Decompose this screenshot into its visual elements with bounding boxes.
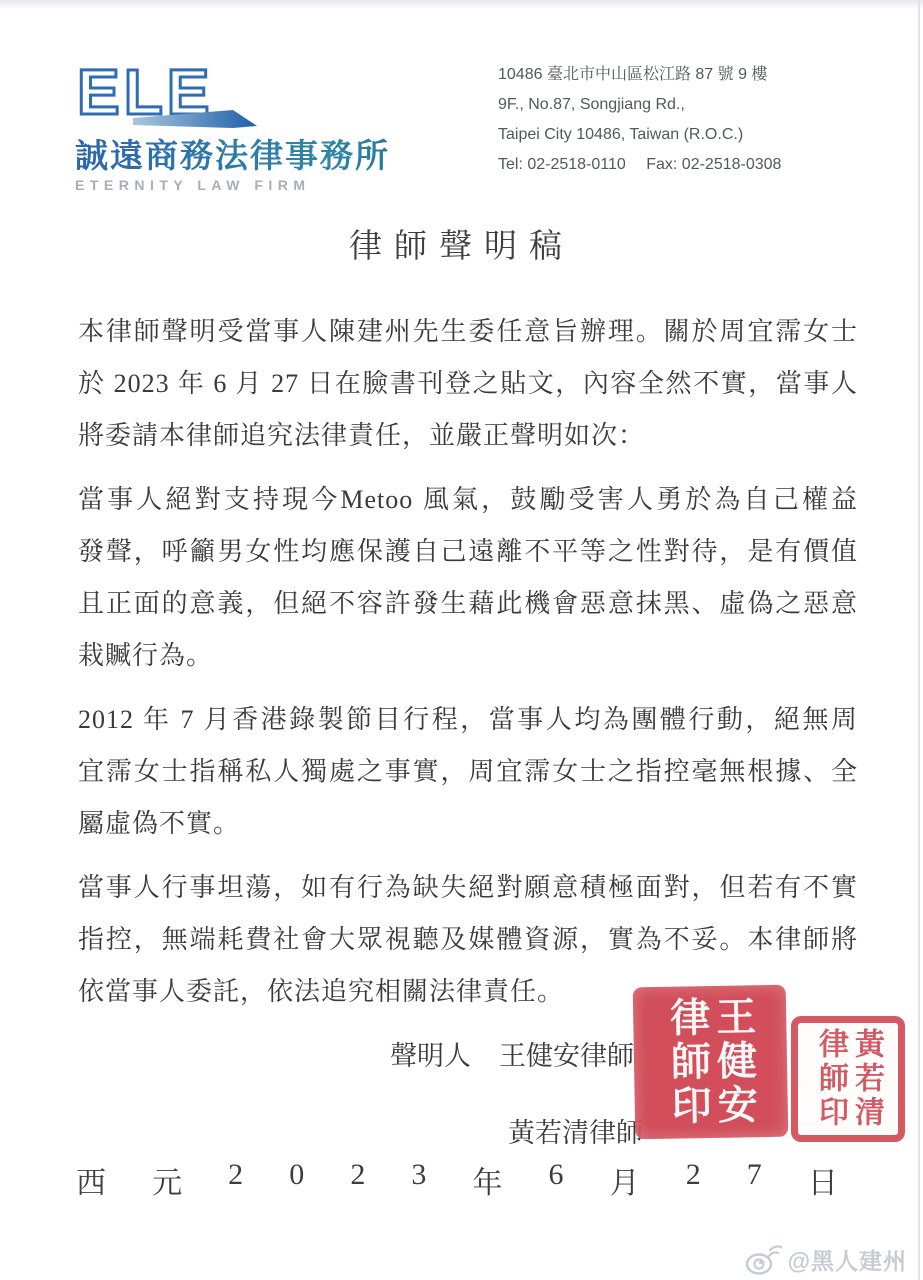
seal-text-column: 律師印 bbox=[815, 1028, 845, 1130]
address-line: Taipei City 10486, Taiwan (R.O.C.) bbox=[498, 120, 898, 150]
firm-logo-block: ELE 誠遠商務法律事務所 ETERNITY LAW FIRM bbox=[75, 56, 435, 193]
paragraph-line: 發聲，呼籲男女性均應保護自己遠離不平等之性對待，是有價值 bbox=[78, 526, 858, 578]
paragraph-line: 栽贓行為。 bbox=[78, 630, 858, 682]
firm-name-english: ETERNITY LAW FIRM bbox=[75, 177, 435, 193]
paragraph-line: 指控，無端耗費社會大眾視聽及媒體資源，實為不妥。本律師將 bbox=[78, 914, 858, 966]
seal-text-column: 黃若清 bbox=[851, 1028, 881, 1130]
paragraph-line: 本律師聲明受當事人陳建州先生委任意旨辦理。關於周宜霈女士 bbox=[78, 306, 858, 358]
red-stamp-huang-ruo-qing: 黃若清律師印 bbox=[791, 1016, 905, 1142]
weibo-icon bbox=[744, 1244, 782, 1276]
date-token: 2 bbox=[686, 1158, 701, 1202]
signature-row-1: 聲明人 王健安律師 bbox=[390, 1034, 643, 1073]
date-token: 2 bbox=[350, 1158, 365, 1202]
red-stamp-wang-jian-an: 王健安律師印 bbox=[633, 985, 789, 1140]
date-token: 7 bbox=[747, 1158, 762, 1202]
date-row: 西元2023年6月27日 bbox=[76, 1158, 838, 1202]
weibo-watermark: @黑人建州 bbox=[744, 1243, 907, 1276]
document-title: 律師聲明稿 bbox=[0, 220, 923, 267]
document-body: 本律師聲明受當事人陳建州先生委任意旨辦理。關於周宜霈女士於 2023 年 6 月… bbox=[78, 306, 858, 1030]
date-token: 月 bbox=[610, 1158, 640, 1202]
date-token: 年 bbox=[472, 1158, 502, 1202]
date-token: 日 bbox=[808, 1158, 838, 1202]
paragraph-line: 且正面的意義，但絕不容許發生藉此機會惡意抹黑、虛偽之惡意 bbox=[78, 578, 858, 630]
firm-name-chinese: 誠遠商務法律事務所 bbox=[75, 138, 435, 174]
signature-block: 聲明人 王健安律師 黃若清律師 bbox=[390, 1034, 643, 1150]
seal-text-column: 王健安 bbox=[712, 995, 754, 1128]
paragraph-line: 宜霈女士指稱私人獨處之事實，周宜霈女士之指控毫無根據、全 bbox=[78, 746, 858, 798]
paragraph-line: 當事人絕對支持現今Metoo 風氣，鼓勵受害人勇於為自己權益 bbox=[78, 474, 858, 526]
scan-shadow-right bbox=[918, 0, 920, 1280]
date-token: 2 bbox=[228, 1158, 243, 1202]
paragraph-line: 2012 年 7 月香港錄製節目行程，當事人均為團體行動，絕無周 bbox=[78, 694, 858, 746]
date-token: 3 bbox=[411, 1158, 426, 1202]
watermark-text: @黑人建州 bbox=[788, 1243, 907, 1276]
declarant-label: 聲明人 bbox=[390, 1034, 471, 1073]
paragraph: 本律師聲明受當事人陳建州先生委任意旨辦理。關於周宜霈女士於 2023 年 6 月… bbox=[78, 306, 858, 462]
scanned-legal-statement-page: ELE 誠遠商務法律事務所 ETERNITY LAW FIRM 10486 臺北… bbox=[0, 0, 923, 1280]
paragraph-line: 當事人行事坦蕩，如有行為缺失絕對願意積極面對，但若有不實 bbox=[78, 862, 858, 914]
scan-shadow-top bbox=[0, 0, 923, 9]
address-block: 10486 臺北市中山區松江路 87 號 9 樓9F., No.87, Song… bbox=[498, 60, 898, 180]
paragraph-line: 於 2023 年 6 月 27 日在臉書刊登之貼文，內容全然不實，當事人 bbox=[78, 358, 858, 410]
seal-text-column: 律師印 bbox=[666, 996, 708, 1129]
address-line: 10486 臺北市中山區松江路 87 號 9 樓 bbox=[498, 60, 898, 90]
lawyer-name-2: 黃若清律師 bbox=[508, 1118, 643, 1148]
address-line: 9F., No.87, Songjiang Rd., bbox=[498, 90, 898, 120]
address-line: Tel: 02-2518-0110 Fax: 02-2518-0308 bbox=[498, 150, 898, 180]
lawyer-name-1: 王健安律師 bbox=[499, 1034, 634, 1073]
paragraph-line: 屬虛偽不實。 bbox=[78, 798, 858, 850]
ele-arrow-logo-icon: ELE bbox=[75, 56, 275, 136]
paragraph-line: 將委請本律師追究法律責任，並嚴正聲明如次： bbox=[78, 410, 858, 462]
date-token: 元 bbox=[152, 1158, 182, 1202]
paragraph: 當事人絕對支持現今Metoo 風氣，鼓勵受害人勇於為自己權益發聲，呼籲男女性均應… bbox=[78, 474, 858, 682]
date-token: 0 bbox=[289, 1158, 304, 1202]
paragraph: 2012 年 7 月香港錄製節目行程，當事人均為團體行動，絕無周宜霈女士指稱私人… bbox=[78, 694, 858, 850]
signature-row-2: 黃若清律師 bbox=[508, 1111, 643, 1150]
date-token: 西 bbox=[76, 1158, 106, 1202]
date-token: 6 bbox=[549, 1158, 564, 1202]
